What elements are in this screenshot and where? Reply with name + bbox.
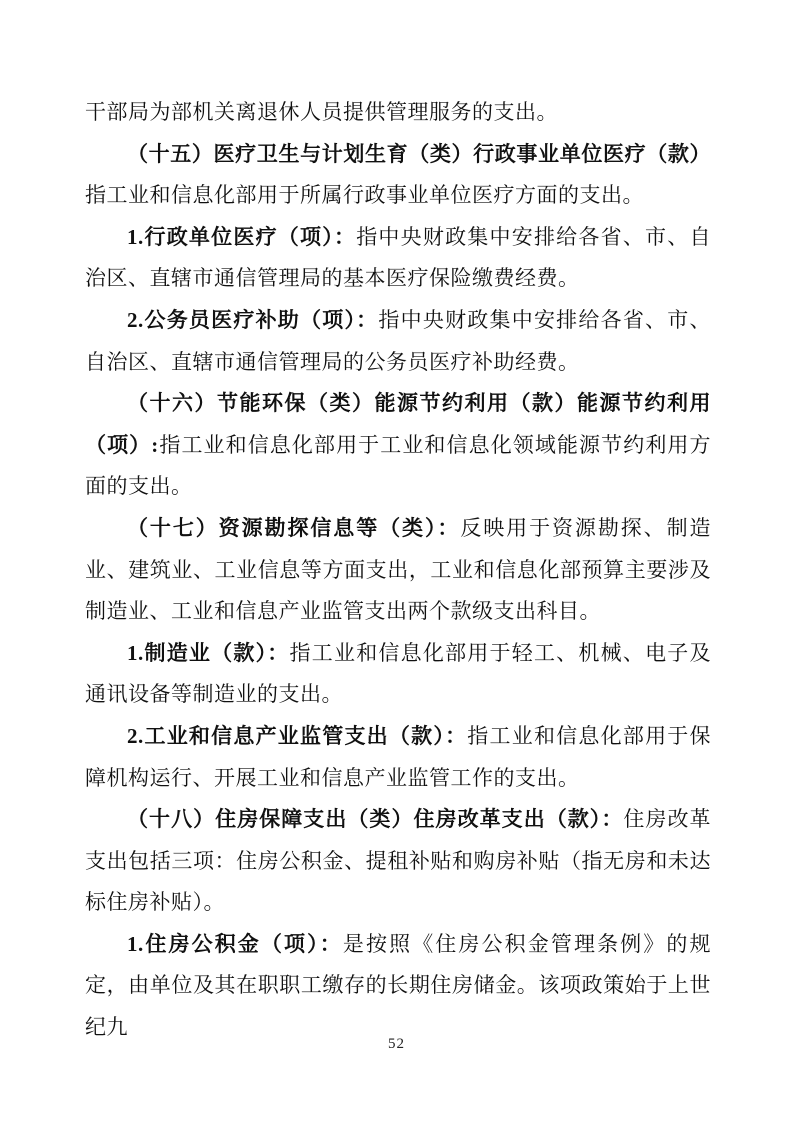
page-footer: 52: [0, 1036, 793, 1053]
paragraph: 1.制造业（款）：指工业和信息化部用于轻工、机械、电子及通讯设备等制造业的支出。: [85, 633, 711, 716]
paragraph: 2.工业和信息产业监管支出（款）：指工业和信息化部用于保障机构运行、开展工业和信…: [85, 716, 711, 799]
heading-segment: （十五）医疗卫生与计划生育（类）行政事业单位医疗（款）: [127, 142, 711, 166]
body-segment: 指工业和信息化部用于所属行政事业单位医疗方面的支出。: [85, 183, 644, 207]
paragraph: 2.公务员医疗补助（项）：指中央财政集中安排给各省、市、自治区、直辖市通信管理局…: [85, 300, 711, 383]
paragraph: 1.住房公积金（项）：是按照《住房公积金管理条例》的规定，由单位及其在职职工缴存…: [85, 924, 711, 1049]
document-page: 干部局为部机关离退休人员提供管理服务的支出。（十五）医疗卫生与计划生育（类）行政…: [0, 0, 793, 1122]
paragraph: 1.行政单位医疗（项）：指中央财政集中安排给各省、市、自治区、直辖市通信管理局的…: [85, 217, 711, 300]
document-content: 干部局为部机关离退休人员提供管理服务的支出。（十五）医疗卫生与计划生育（类）行政…: [85, 92, 711, 1049]
heading-segment: 1.行政单位医疗（项）：: [127, 225, 356, 249]
body-segment: 指工业和信息化部用于工业和信息化领域能源节约利用方面的支出。: [85, 433, 711, 499]
heading-segment: （十七）资源勘探信息等（类）：: [127, 516, 460, 540]
paragraph: 干部局为部机关离退休人员提供管理服务的支出。: [85, 92, 711, 134]
paragraph: （十八）住房保障支出（类）住房改革支出（款）：住房改革支出包括三项：住房公积金、…: [85, 799, 711, 924]
heading-segment: 2.工业和信息产业监管支出（款）：: [127, 724, 467, 748]
heading-segment: 1.制造业（款）：: [127, 641, 290, 665]
paragraph: （十六）节能环保（类）能源节约利用（款）能源节约利用（项）:指工业和信息化部用于…: [85, 383, 711, 508]
heading-segment: 2.公务员医疗补助（项）：: [127, 308, 378, 332]
heading-segment: 1.住房公积金（项）：: [127, 932, 343, 956]
paragraph: （十七）资源勘探信息等（类）：反映用于资源勘探、制造业、建筑业、工业信息等方面支…: [85, 508, 711, 633]
page-number: 52: [388, 1036, 405, 1052]
paragraph: （十五）医疗卫生与计划生育（类）行政事业单位医疗（款）指工业和信息化部用于所属行…: [85, 134, 711, 217]
body-segment: 干部局为部机关离退休人员提供管理服务的支出。: [85, 100, 558, 124]
heading-segment: （十八）住房保障支出（类）住房改革支出（款）：: [127, 807, 623, 831]
